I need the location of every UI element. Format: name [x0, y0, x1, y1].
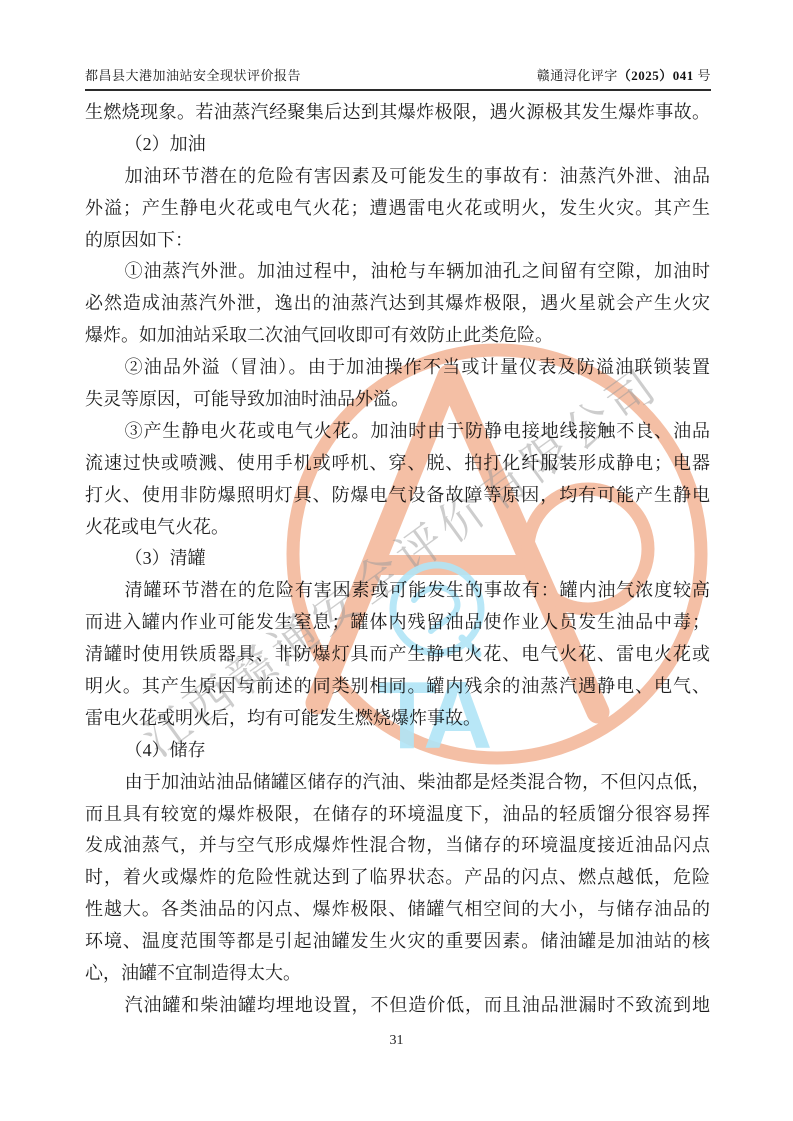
- text-line: 加油环节潜在的危险有害因素及可能发生的事故有：油蒸汽外泄、油品: [85, 161, 710, 193]
- page-number: 31: [390, 1033, 404, 1048]
- text-line: （3）清罐: [85, 543, 710, 575]
- page-footer: 31: [0, 1033, 793, 1049]
- text-line: 的原因如下：: [85, 225, 710, 257]
- doc-number-suffix: 号: [694, 68, 711, 83]
- header-doc-number: 赣通浔化评字（2025）041 号: [537, 65, 711, 84]
- text-line: ②油品外溢（冒油）。由于加油操作不当或计量仪表及防溢油联锁装置: [85, 352, 710, 384]
- text-line: （2）加油: [85, 129, 710, 161]
- text-line: 火花或电气火花。: [85, 512, 710, 544]
- text-line: 流速过快或喷溅、使用手机或呼机、穿、脱、拍打化纤服装形成静电；电器: [85, 448, 710, 480]
- text-line: 由于加油站油品储罐区储存的汽油、柴油都是烃类混合物，不但闪点低，: [85, 767, 710, 799]
- text-line: 外溢；产生静电火花或电气火花；遭遇雷电火花或明火，发生火灾。其产生: [85, 193, 710, 225]
- text-line: 明火。其产生原因与前述的同类别相同。罐内残余的油蒸汽遇静电、电气、: [85, 671, 710, 703]
- text-line: ③产生静电火花或电气火花。加油时由于防静电接地线接触不良、油品: [85, 416, 710, 448]
- doc-number-value: （2025）041: [618, 68, 694, 83]
- text-line: 爆炸。如加油站采取二次油气回收即可有效防止此类危险。: [85, 320, 710, 352]
- body-text: 生燃烧现象。若油蒸汽经聚集后达到其爆炸极限，遇火源极其发生爆炸事故。（2）加油加…: [85, 97, 710, 1022]
- text-line: 而进入罐内作业可能发生窒息；罐体内残留油品使作业人员发生油品中毒；: [85, 607, 710, 639]
- text-line: 性越大。各类油品的闪点、爆炸极限、储罐气相空间的大小，与储存油品的: [85, 894, 710, 926]
- text-line: 雷电火花或明火后，均有可能发生燃烧爆炸事故。: [85, 703, 710, 735]
- text-line: 失灵等原因，可能导致加油时油品外溢。: [85, 384, 710, 416]
- text-line: 发成油蒸气，并与空气形成爆炸性混合物，当储存的环境温度接近油品闪点: [85, 830, 710, 862]
- report-page: 都昌县大港加油站安全现状评价报告 赣通浔化评字（2025）041 号 生燃烧现象…: [0, 0, 793, 1121]
- text-line: 生燃烧现象。若油蒸汽经聚集后达到其爆炸极限，遇火源极其发生爆炸事故。: [85, 97, 710, 129]
- text-line: （4）储存: [85, 735, 710, 767]
- doc-number-prefix: 赣通浔化评字: [537, 68, 618, 83]
- text-line: 清罐环节潜在的危险有害因素或可能发生的事故有：罐内油气浓度较高: [85, 575, 710, 607]
- text-line: ①油蒸汽外泄。加油过程中，油枪与车辆加油孔之间留有空隙，加油时: [85, 256, 710, 288]
- text-line: 必然造成油蒸汽外泄，逸出的油蒸汽达到其爆炸极限，遇火星就会产生火灾: [85, 288, 710, 320]
- header-report-title: 都昌县大港加油站安全现状评价报告: [85, 65, 301, 84]
- text-line: 而且具有较宽的爆炸极限，在储存的环境温度下，油品的轻质馏分很容易挥: [85, 799, 710, 831]
- text-line: 心，油罐不宜制造得太大。: [85, 958, 710, 990]
- text-line: 汽油罐和柴油罐均埋地设置，不但造价低，而且油品泄漏时不致流到地: [85, 990, 710, 1022]
- page-header: 都昌县大港加油站安全现状评价报告 赣通浔化评字（2025）041 号: [85, 58, 711, 91]
- text-line: 打火、使用非防爆照明灯具、防爆电气设备故障等原因，均有可能产生静电: [85, 480, 710, 512]
- text-line: 时，着火或爆炸的危险性就达到了临界状态。产品的闪点、燃点越低，危险: [85, 862, 710, 894]
- text-line: 环境、温度范围等都是引起油罐发生火灾的重要因素。储油罐是加油站的核: [85, 926, 710, 958]
- text-line: 清罐时使用铁质器具、非防爆灯具而产生静电火花、电气火花、雷电火花或: [85, 639, 710, 671]
